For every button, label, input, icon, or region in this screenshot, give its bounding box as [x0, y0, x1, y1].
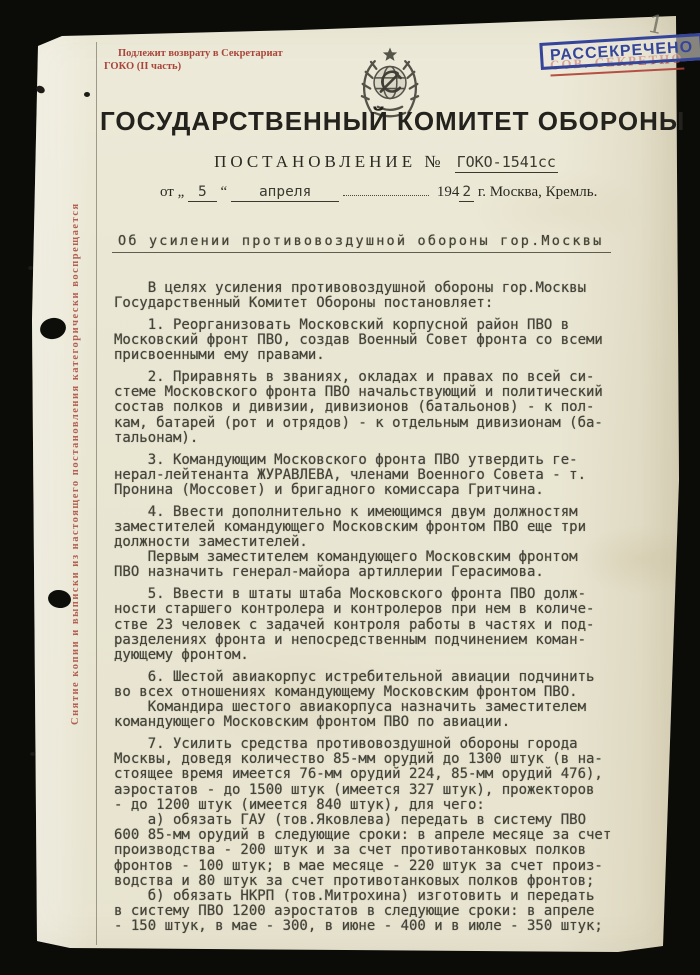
- date-quote-open: „: [178, 184, 185, 200]
- paper-speck: [84, 92, 90, 97]
- copy-prohibition-notice: Снятие копии и выписки из настоящего пос…: [70, 205, 81, 725]
- doc-type-label: ПОСТАНОВЛЕНИЕ №: [214, 152, 444, 171]
- date-place: г. Москва, Кремль.: [478, 184, 598, 200]
- body-paragraph-3: 3. Командующим Московского фронта ПВО ут…: [114, 453, 666, 499]
- paper-speck: [30, 752, 35, 756]
- decree-number-line: ПОСТАНОВЛЕНИЕ № ГОКО-1541сс: [100, 152, 672, 172]
- date-leader-line: [343, 183, 429, 196]
- return-notice: Подлежит возврату в Секретариат ГОКО (II…: [104, 47, 283, 73]
- date-quote-close: “: [221, 184, 228, 200]
- organization-title: ГОСУДАРСТВЕННЫЙ КОМИТЕТ ОБОРОНЫ: [100, 106, 672, 137]
- decree-body: В целях усиления противовоздушной оборон…: [114, 281, 666, 941]
- body-paragraph-4: 4. Ввести дополнительно к имеющимся двум…: [114, 505, 666, 581]
- form-margin-rule: [96, 42, 97, 945]
- paper-speck: [28, 266, 33, 270]
- stamp-zone: СОВ. СЕКРЕТНО РАССЕКРЕЧЕНО: [538, 32, 688, 92]
- body-paragraph-6: 6. Шестой авиакорпус истребительной авиа…: [114, 670, 666, 731]
- body-paragraph-7: 7. Усилить средства противовоздушной обо…: [114, 737, 666, 935]
- date-day: 5: [188, 184, 217, 202]
- return-notice-line2: ГОКО (II часть): [104, 60, 283, 73]
- date-prefix: от: [160, 184, 174, 200]
- date-year-typed: 2: [459, 184, 474, 202]
- body-paragraph-1: 1. Реорганизовать Московский корпусной р…: [114, 318, 666, 364]
- return-notice-line1: Подлежит возврату в Секретариат: [104, 47, 283, 60]
- body-paragraph-2: 2. Приравнять в званиях, окладах и права…: [114, 370, 666, 446]
- date-line: от „ 5 “ апреля 1942 г. Москва, Кремль.: [160, 183, 640, 201]
- doc-number: ГОКО-1541сс: [455, 153, 558, 173]
- date-month: апреля: [231, 184, 339, 202]
- subject-text: Об усилении противовоздушной обороны гор…: [112, 233, 611, 253]
- body-paragraph-5: 5. Ввести в штаты штаба Московского фрон…: [114, 587, 666, 663]
- subject-line: Об усилении противовоздушной обороны гор…: [112, 233, 664, 249]
- date-year-printed: 194: [437, 184, 460, 200]
- body-intro: В целях усиления противовоздушной оборон…: [114, 281, 666, 311]
